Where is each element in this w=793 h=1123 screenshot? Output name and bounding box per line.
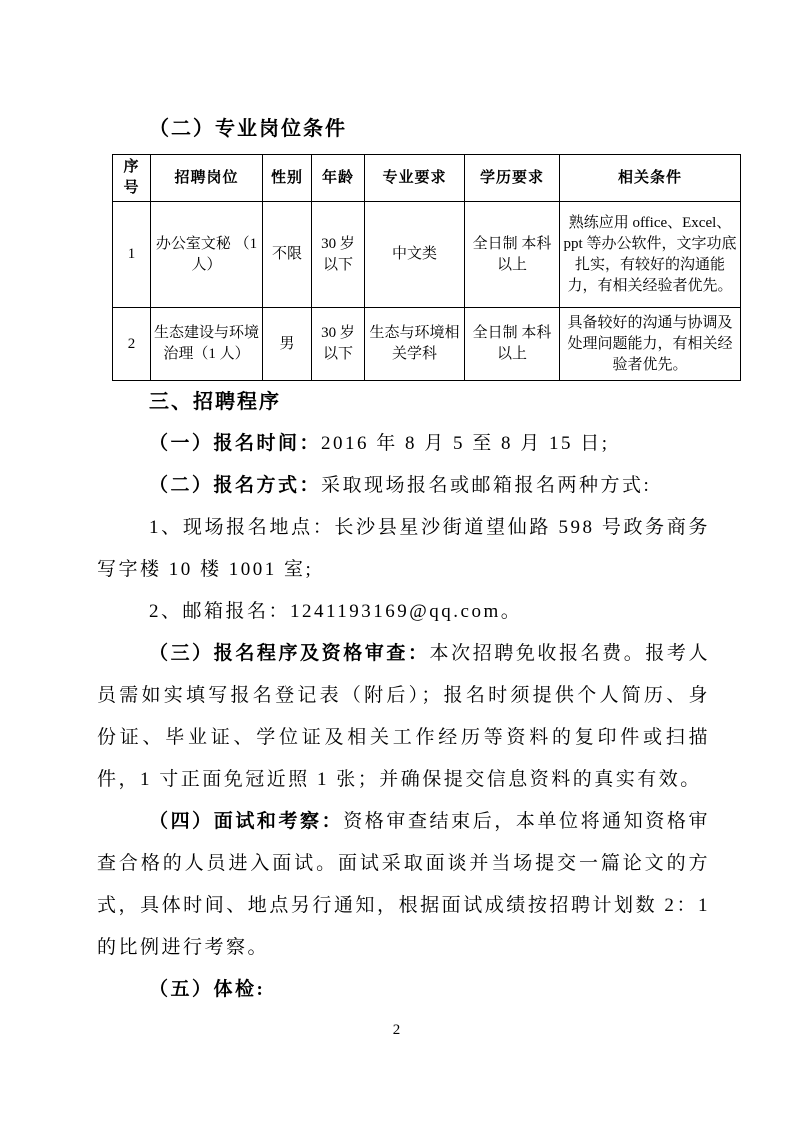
- column-header-position: 招聘岗位: [151, 155, 263, 202]
- positions-table: 序号 招聘岗位 性别 年龄 专业要求 学历要求 相关条件 1 办公室文秘 （1 …: [112, 154, 741, 381]
- para-text: 2016 年 8 月 5 至 8 月 15 日;: [321, 433, 610, 454]
- column-header-education-requirement: 学历要求: [465, 155, 560, 202]
- cell-education-requirement: 全日制 本科以上: [465, 308, 560, 381]
- para-lead: （一）报名时间：: [149, 433, 321, 454]
- cell-position: 办公室文秘 （1 人）: [151, 202, 263, 308]
- para-onsite-registration-address: 1、现场报名地点：长沙县星沙街道望仙路 598 号政务商务写字楼 10 楼 10…: [97, 507, 710, 591]
- cell-age: 30 岁以下: [312, 202, 365, 308]
- table-row: 1 办公室文秘 （1 人） 不限 30 岁以下 中文类 全日制 本科以上 熟练应…: [113, 202, 741, 308]
- cell-gender: 男: [263, 308, 312, 381]
- heading-professional-position-conditions: （二）专业岗位条件: [97, 116, 710, 142]
- table-row: 2 生态建设与环境治理（1 人） 男 30 岁以下 生态与环境相关学科 全日制 …: [113, 308, 741, 381]
- cell-age: 30 岁以下: [312, 308, 365, 381]
- para-registration-method: （二）报名方式：采取现场报名或邮箱报名两种方式:: [97, 465, 710, 507]
- cell-education-requirement: 全日制 本科以上: [465, 202, 560, 308]
- cell-major-requirement: 生态与环境相关学科: [365, 308, 465, 381]
- cell-position: 生态建设与环境治理（1 人）: [151, 308, 263, 381]
- para-text: 采取现场报名或邮箱报名两种方式:: [321, 475, 651, 496]
- cell-related-conditions: 熟练应用 office、Excel、ppt 等办公软件，文字功底扎实，有较好的沟…: [560, 202, 741, 308]
- column-header-related-conditions: 相关条件: [560, 155, 741, 202]
- para-lead: （二）报名方式：: [149, 475, 321, 496]
- table-header-row: 序号 招聘岗位 性别 年龄 专业要求 学历要求 相关条件: [113, 155, 741, 202]
- para-text: 本次招聘免收报名费。报考人员需如实填写报名登记表（附后）；报名时须提供个人简历、…: [97, 643, 710, 790]
- cell-serial-number: 1: [113, 202, 151, 308]
- para-lead: （三）报名程序及资格审查：: [149, 643, 430, 664]
- para-registration-time: （一）报名时间：2016 年 8 月 5 至 8 月 15 日;: [97, 423, 710, 465]
- para-physical-examination: （五）体检:: [97, 969, 710, 1011]
- cell-gender: 不限: [263, 202, 312, 308]
- page-content: （二）专业岗位条件 序号 招聘岗位 性别 年龄 专业要求 学历要求 相关条件: [0, 0, 793, 1011]
- para-email-registration: 2、邮箱报名：1241193169@qq.com。: [97, 591, 710, 633]
- para-interview-and-inspection: （四）面试和考察：资格审查结束后，本单位将通知资格审查合格的人员进入面试。面试采…: [97, 801, 710, 969]
- cell-related-conditions: 具备较好的沟通与协调及处理问题能力，有相关经验者优先。: [560, 308, 741, 381]
- para-lead: （五）体检:: [149, 979, 265, 1000]
- cell-major-requirement: 中文类: [365, 202, 465, 308]
- column-header-serial-number: 序号: [113, 155, 151, 202]
- cell-serial-number: 2: [113, 308, 151, 381]
- heading-recruitment-procedure: 三、招聘程序: [97, 381, 710, 423]
- column-header-age: 年龄: [312, 155, 365, 202]
- para-procedure-and-qualification-review: （三）报名程序及资格审查：本次招聘免收报名费。报考人员需如实填写报名登记表（附后…: [97, 633, 710, 801]
- document-page: （二）专业岗位条件 序号 招聘岗位 性别 年龄 专业要求 学历要求 相关条件: [0, 0, 793, 1123]
- column-header-major-requirement: 专业要求: [365, 155, 465, 202]
- para-text: 2、邮箱报名：1241193169@qq.com。: [149, 601, 522, 622]
- para-lead: （四）面试和考察：: [149, 811, 343, 832]
- para-text: 1、现场报名地点：长沙县星沙街道望仙路 598 号政务商务写字楼 10 楼 10…: [97, 517, 710, 580]
- page-number: 2: [0, 1022, 793, 1039]
- column-header-gender: 性别: [263, 155, 312, 202]
- para-text: 资格审查结束后，本单位将通知资格审查合格的人员进入面试。面试采取面谈并当场提交一…: [97, 811, 710, 958]
